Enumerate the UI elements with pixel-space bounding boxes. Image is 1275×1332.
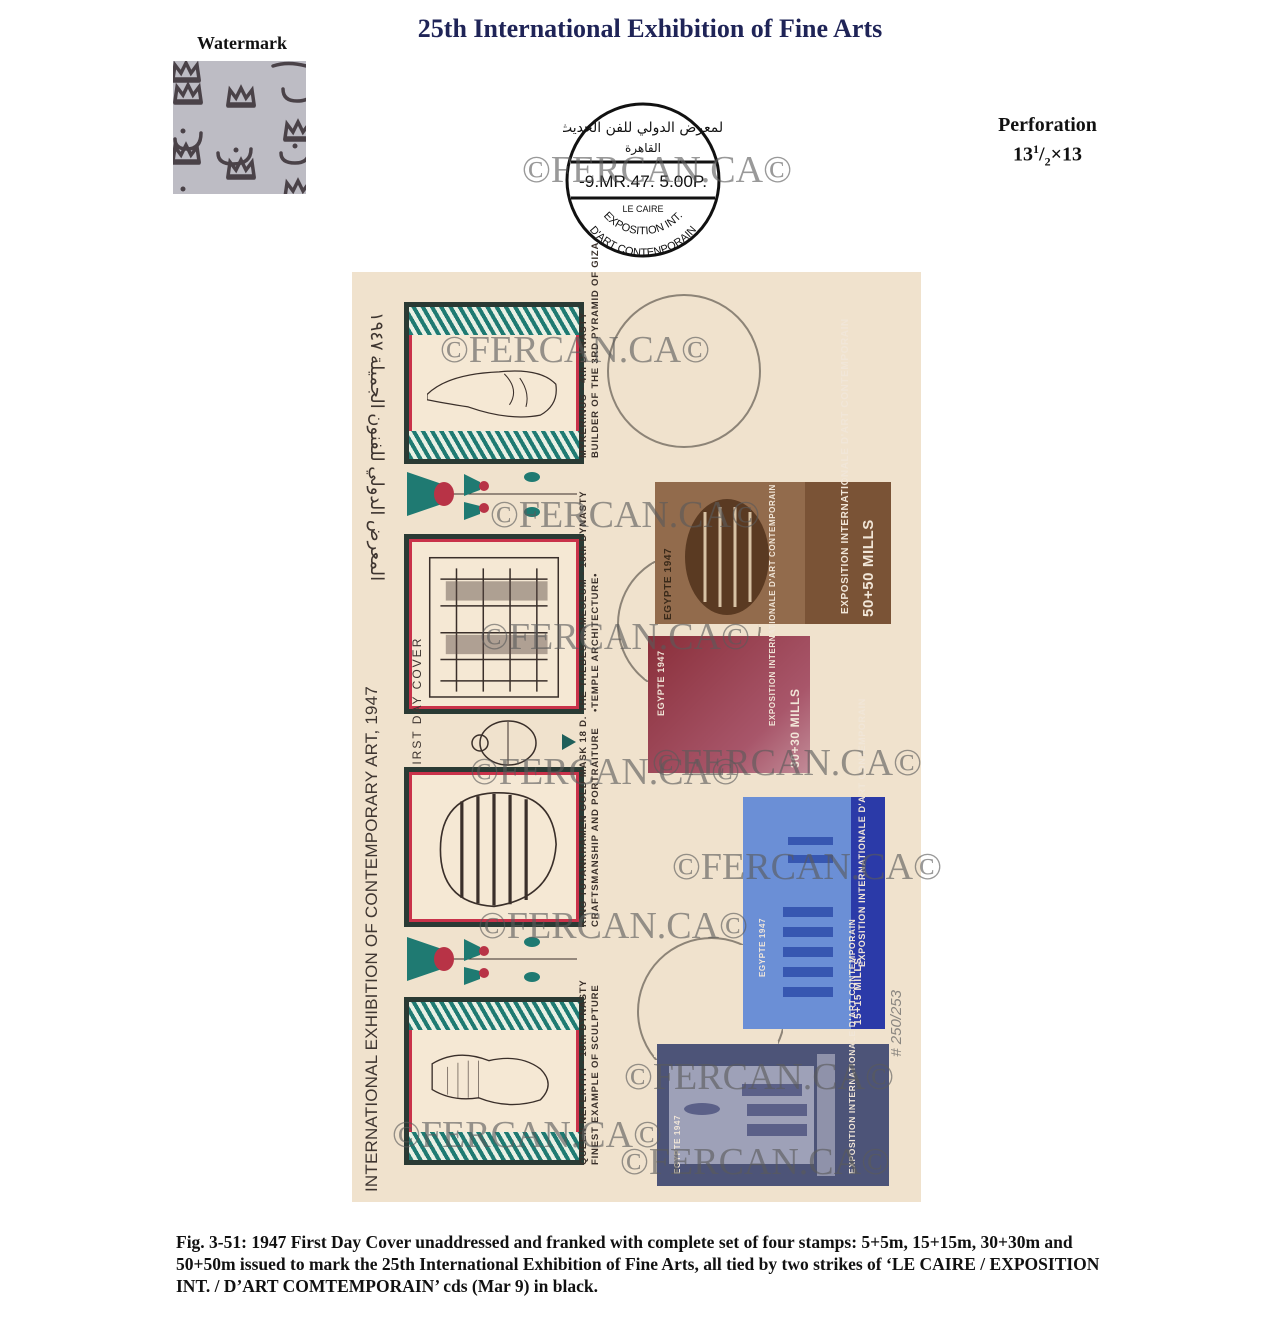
crown-watermark-pattern-icon — [173, 61, 306, 194]
stamp-30-30: EXPOSITION INTERNATIONALE D'ART CONTEMPO… — [648, 636, 810, 773]
lotus-ornament-icon-2 — [402, 927, 582, 992]
pencil-notation: # 250/253 — [888, 990, 905, 1057]
svg-text:LE CAIRE: LE CAIRE — [622, 204, 663, 214]
tutankhamen-mask-illustration — [419, 780, 569, 919]
panel-mykerinus — [404, 302, 584, 464]
postmark-illustration: المعرض الدولي للفن الحديث القاهرة -9.MR.… — [563, 100, 723, 260]
panel-tutankhamen — [404, 767, 584, 927]
stamp-5-5: EXPOSITION INTERNATIONALE D'ART CONTEMPO… — [657, 1044, 889, 1186]
panel-rameseum — [404, 534, 584, 714]
scarab-icon — [470, 714, 540, 772]
rameseum-temple-illustration — [419, 547, 569, 708]
triangle-ornament-icon — [562, 734, 576, 750]
perforation-label: Perforation — [965, 113, 1130, 137]
watermark-label: Watermark — [172, 33, 312, 54]
panel-caption-nefertiti: QUEEN NEFERTITI - 18th DYNASTYFINEST EXA… — [578, 997, 602, 1165]
panel-caption-mykerinus: MYKERINUS - 4th DYNASTYBUILDER OF THE 3R… — [578, 300, 602, 458]
figure-caption: Fig. 3-51: 1947 First Day Cover unaddres… — [176, 1231, 1136, 1297]
cover-arabic-title: المعرض الدولي للفنون الجميلة ١٩٤٧ — [366, 312, 388, 642]
first-day-cover-label: FIRST DAY COVER — [410, 712, 424, 774]
svg-text:القاهرة: القاهرة — [625, 141, 661, 156]
panel-caption-rameseum: THE THEBES RAMESEUM - 18th DYNASTY•TEMPL… — [578, 534, 602, 712]
nefertiti-bust-illustration — [427, 1038, 561, 1120]
perforation-info: Perforation 131/2×13 — [965, 113, 1130, 174]
lotus-ornament-icon — [402, 462, 582, 527]
perforation-gauge: 131/2×13 — [965, 137, 1130, 174]
panel-caption-tutankhamen: KING TUTANKHAMEN GOLD MASK 18 D.CRAFTSMA… — [578, 767, 602, 927]
panel-nefertiti — [404, 997, 584, 1165]
stamp-15-15: EXPOSITION INTERNATIONALE D'ART CONTEMPO… — [743, 797, 885, 1029]
watermark-image — [173, 61, 306, 194]
first-day-cover: المعرض الدولي للفنون الجميلة ١٩٤٧ INTERN… — [352, 272, 921, 1202]
cover-side-title: INTERNATIONAL EXHIBITION OF CONTEMPORARY… — [362, 602, 382, 1192]
mykerinus-head-illustration — [427, 343, 561, 425]
svg-text:-9.MR.47. 5.00P.: -9.MR.47. 5.00P. — [579, 172, 707, 191]
postmark-strike-1 — [607, 294, 761, 448]
svg-text:المعرض الدولي للفن الحديث: المعرض الدولي للفن الحديث — [563, 120, 723, 136]
